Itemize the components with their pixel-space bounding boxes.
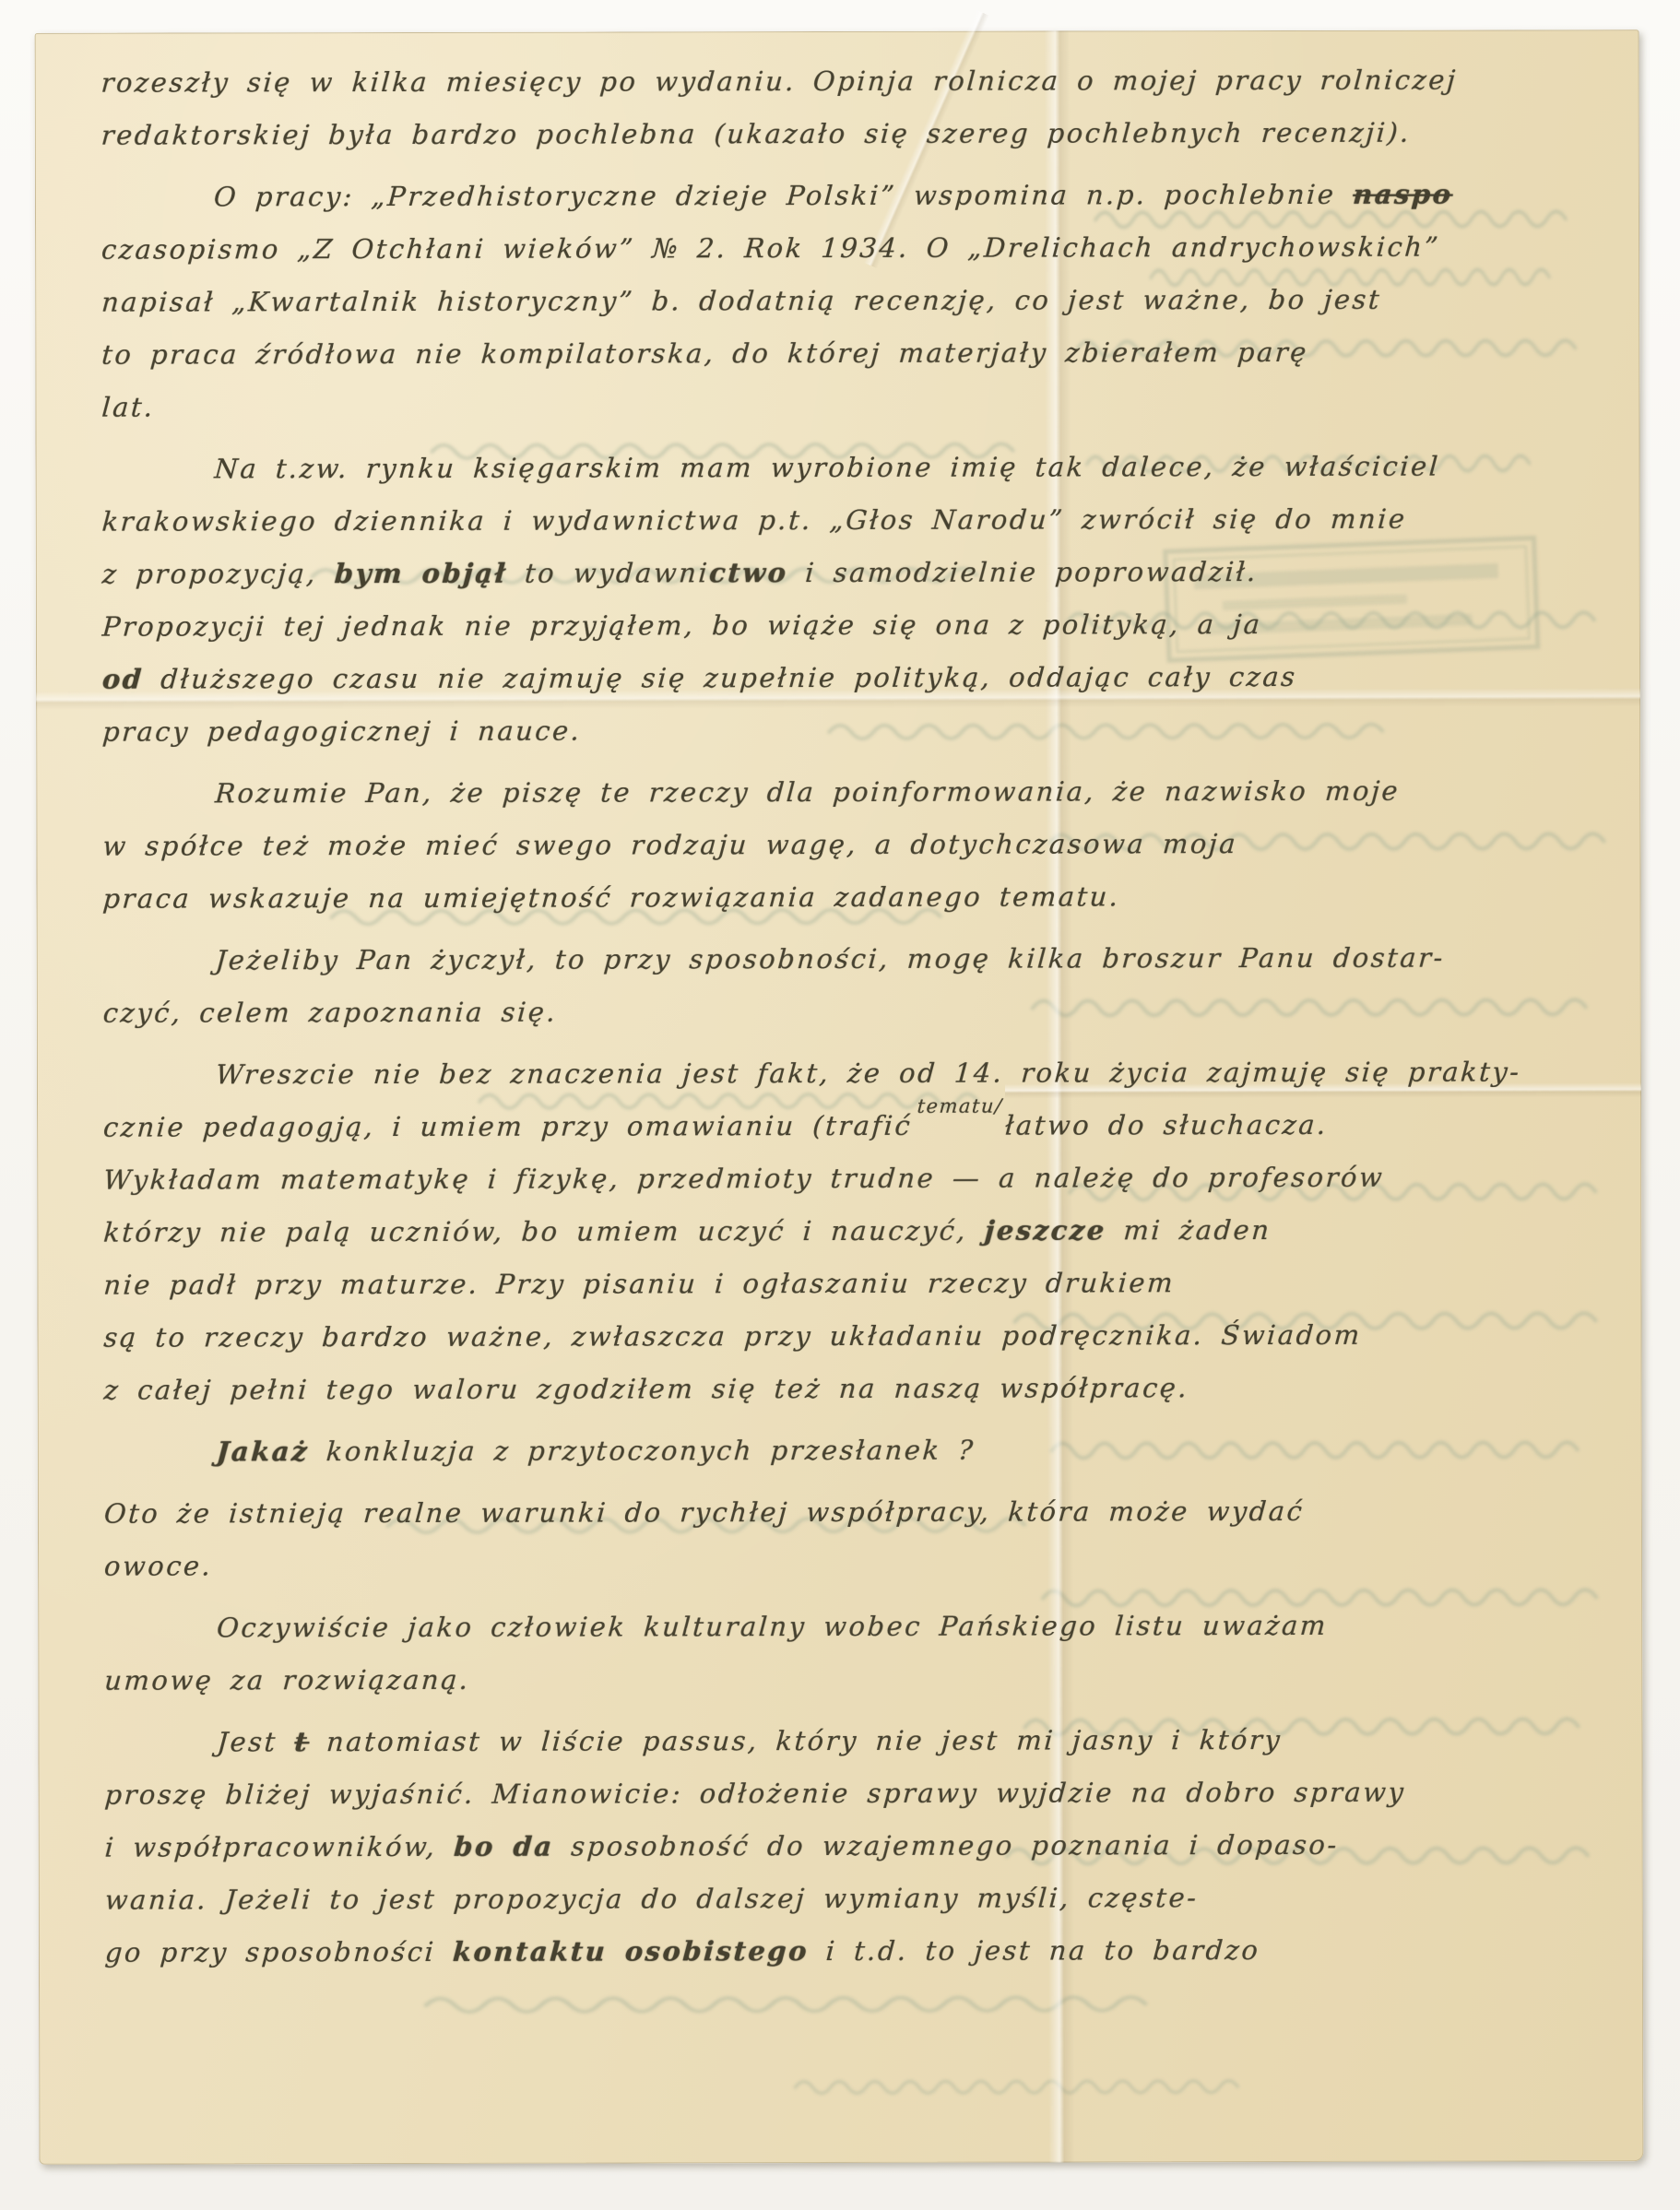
letter-text: są to rzeczy bardzo ważne, zwłaszcza prz… bbox=[102, 1319, 1362, 1353]
letter-line: cznie pedagogją, i umiem przy omawianiu … bbox=[101, 1098, 1614, 1153]
letter-line: lat. bbox=[100, 378, 1612, 433]
letter-line: Oto że istnieją realne warunki do rychłe… bbox=[102, 1484, 1615, 1540]
letter-text: redaktorskiej była bardzo pochlebna (uka… bbox=[101, 117, 1413, 151]
letter-line: którzy nie palą uczniów, bo umiem uczyć … bbox=[101, 1203, 1614, 1259]
letter-text: czasopismo „Z Otchłani wieków” № 2. Rok … bbox=[101, 231, 1441, 266]
letter-text-boldstrike: naspo bbox=[1352, 179, 1454, 210]
letter-line: redaktorskiej była bardzo pochlebna (uka… bbox=[100, 106, 1612, 161]
letter-line: Wreszcie nie bez znaczenia jest fakt, że… bbox=[101, 1046, 1614, 1101]
letter-line: nie padł przy maturze. Przy pisaniu i og… bbox=[101, 1256, 1614, 1311]
letter-text: krakowskiego dziennika i wydawnictwa p.t… bbox=[101, 503, 1408, 538]
letter-line: i współpracowników, bo da sposobność do … bbox=[103, 1818, 1615, 1873]
paragraph: Jakaż konkluzja z przytoczonych przesłan… bbox=[102, 1423, 1611, 1478]
letter-text-bold: Jakaż bbox=[216, 1436, 311, 1467]
letter-line: z propozycją, bym objął to wydawnictwo i… bbox=[101, 545, 1613, 600]
letter-text: wania. Jeżeli to jest propozycja do dals… bbox=[104, 1882, 1200, 1915]
letter-text: rozeszły się w kilka miesięcy po wydaniu… bbox=[101, 65, 1459, 99]
letter-text-bold: jeszcze bbox=[984, 1214, 1107, 1246]
letter-text: Na t.zw. rynku księgarskim mam wyrobione… bbox=[213, 451, 1440, 485]
paragraph: Wreszcie nie bez znaczenia jest fakt, że… bbox=[101, 1046, 1611, 1416]
letter-line: Oczywiście jako człowiek kulturalny wobe… bbox=[102, 1599, 1615, 1654]
letter-line: Jest t natomiast w liście passus, który … bbox=[103, 1713, 1615, 1768]
letter-text: Oczywiście jako człowiek kulturalny wobe… bbox=[216, 1610, 1329, 1644]
letter-text: z propozycją, bbox=[101, 558, 336, 590]
letter-line: Jakaż konkluzja z przytoczonych przesłan… bbox=[102, 1423, 1615, 1478]
letter-text: pracy pedagogicznej i nauce. bbox=[101, 715, 583, 748]
letter-text: i samodzielnie poprowadził. bbox=[787, 556, 1259, 588]
letter-text: i współpracowników, bbox=[104, 1831, 455, 1863]
letter-line: Jeżeliby Pan życzył, to przy sposobności… bbox=[101, 931, 1614, 987]
letter-text: Propozycji tej jednak nie przyjąłem, bo … bbox=[101, 609, 1263, 643]
letter-text: Rozumie Pan, że piszę te rzeczy dla poin… bbox=[214, 775, 1401, 810]
letter-line: praca wskazuje na umiejętność rozwiązani… bbox=[101, 869, 1614, 925]
letter-line: proszę bliżej wyjaśnić. Mianowicie: odło… bbox=[103, 1766, 1615, 1821]
letter-text: w spółce też może mieć swego rodzaju wag… bbox=[101, 828, 1238, 862]
letter-line: w spółce też może mieć swego rodzaju wag… bbox=[101, 817, 1613, 872]
paragraph: Rozumie Pan, że piszę te rzeczy dla poin… bbox=[101, 764, 1609, 925]
letter-text: Jeżeliby Pan życzył, to przy sposobności… bbox=[215, 942, 1446, 976]
letter-text: lat. bbox=[101, 392, 156, 423]
letter-text: O pracy: „Przedhistoryczne dzieje Polski… bbox=[213, 179, 1355, 213]
letter-text: Oto że istnieją realne warunki do rychłe… bbox=[103, 1495, 1306, 1530]
letter-line: pracy pedagogicznej i nauce. bbox=[101, 703, 1613, 758]
letter-text-bold: od bbox=[101, 664, 145, 695]
letter-line: Na t.zw. rynku księgarskim mam wyrobione… bbox=[101, 440, 1613, 495]
letter-page: rozeszły się w kilka miesięcy po wydaniu… bbox=[35, 30, 1644, 2165]
letter-text-bold: kontaktu osobistego bbox=[452, 1935, 810, 1968]
letter-line: czasopismo „Z Otchłani wieków” № 2. Rok … bbox=[100, 220, 1612, 276]
letter-text: proszę bliżej wyjaśnić. Mianowicie: odło… bbox=[103, 1777, 1406, 1811]
letter-line: wania. Jeżeli to jest propozycja do dals… bbox=[103, 1871, 1615, 1926]
letter-text-bold: ctwo bbox=[708, 557, 789, 588]
letter-line: od dłuższego czasu nie zajmuję się zupeł… bbox=[101, 650, 1613, 705]
letter-text: praca wskazuje na umiejętność rozwiązani… bbox=[101, 880, 1120, 914]
paragraph: rozeszły się w kilka miesięcy po wydaniu… bbox=[100, 53, 1608, 161]
letter-text: natomiast w liście passus, który nie jes… bbox=[308, 1724, 1283, 1757]
letter-text: nie padł przy maturze. Przy pisaniu i og… bbox=[102, 1267, 1176, 1300]
letter-line: Rozumie Pan, że piszę te rzeczy dla poin… bbox=[101, 764, 1613, 820]
letter-line: go przy sposobności kontaktu osobistego … bbox=[103, 1923, 1615, 1979]
letter-text: umowę za rozwiązaną. bbox=[103, 1664, 471, 1696]
paragraph: Jeżeliby Pan życzył, to przy sposobności… bbox=[101, 931, 1610, 1039]
letter-text: Wreszcie nie bez znaczenia jest fakt, że… bbox=[215, 1056, 1522, 1090]
letter-line: są to rzeczy bardzo ważne, zwłaszcza prz… bbox=[102, 1308, 1615, 1364]
letter-text: dłuższego czasu nie zajmuję się zupełnie… bbox=[143, 661, 1298, 695]
letter-line: to praca źródłowa nie kompilatorska, do … bbox=[100, 325, 1612, 381]
letter-text: owoce. bbox=[103, 1550, 214, 1581]
letter-text: cznie pedagogją, i umiem przy omawianiu … bbox=[102, 1110, 914, 1143]
letter-text: napisał „Kwartalnik historyczny” b. doda… bbox=[101, 284, 1382, 318]
letter-text: łatwo do słuchacza. bbox=[1004, 1109, 1329, 1141]
letter-line: O pracy: „Przedhistoryczne dzieje Polski… bbox=[100, 168, 1612, 223]
letter-line: napisał „Kwartalnik historyczny” b. doda… bbox=[100, 273, 1612, 328]
letter-line: Propozycji tej jednak nie przyjąłem, bo … bbox=[101, 597, 1613, 653]
letter-text-bold: bo da bbox=[453, 1831, 555, 1862]
letter-text: z całej pełni tego waloru zgodziłem się … bbox=[103, 1372, 1190, 1405]
paragraph: Na t.zw. rynku księgarskim mam wyrobione… bbox=[101, 440, 1610, 758]
letter-text: to wydawni bbox=[506, 557, 710, 588]
letter-line: umowę za rozwiązaną. bbox=[102, 1651, 1615, 1707]
paragraph: Oto że istnieją realne warunki do rychłe… bbox=[102, 1484, 1611, 1592]
letter-text-sup: tematu/ bbox=[917, 1095, 1003, 1117]
letter-text: którzy nie palą uczniów, bo umiem uczyć … bbox=[102, 1215, 986, 1248]
letter-text: go przy sposobności bbox=[104, 1936, 454, 1968]
letter-text-bold: bym objął bbox=[334, 558, 509, 589]
paragraph: O pracy: „Przedhistoryczne dzieje Polski… bbox=[100, 168, 1609, 433]
letter-text: Wykładam matematykę i fizykę, przedmioty… bbox=[102, 1162, 1385, 1196]
letter-line: z całej pełni tego waloru zgodziłem się … bbox=[102, 1361, 1615, 1416]
letter-body: rozeszły się w kilka miesięcy po wydaniu… bbox=[100, 53, 1612, 1988]
letter-text: sposobność do wzajemnego poznania i dopa… bbox=[553, 1829, 1340, 1862]
letter-line: owoce. bbox=[102, 1537, 1615, 1592]
letter-text: czyć, celem zapoznania się. bbox=[102, 997, 559, 1029]
scan-background: { "colors": { "paper": "#ecdfbc", "ink":… bbox=[0, 0, 1680, 2210]
letter-text: konkluzja z przytoczonych przesłanek ? bbox=[308, 1435, 976, 1468]
letter-text: i t.d. to jest na to bardzo bbox=[808, 1934, 1261, 1967]
paragraph: Jest t natomiast w liście passus, który … bbox=[102, 1713, 1612, 1979]
letter-text: to praca źródłowa nie kompilatorska, do … bbox=[101, 337, 1309, 371]
letter-line: krakowskiego dziennika i wydawnictwa p.t… bbox=[101, 492, 1613, 548]
letter-line: Wykładam matematykę i fizykę, przedmioty… bbox=[101, 1151, 1614, 1206]
letter-text: mi żaden bbox=[1106, 1214, 1272, 1246]
paragraph: Oczywiście jako człowiek kulturalny wobe… bbox=[102, 1599, 1611, 1707]
letter-line: rozeszły się w kilka miesięcy po wydaniu… bbox=[100, 53, 1612, 109]
letter-line: czyć, celem zapoznania się. bbox=[101, 984, 1614, 1039]
letter-text: Jest bbox=[216, 1726, 295, 1757]
